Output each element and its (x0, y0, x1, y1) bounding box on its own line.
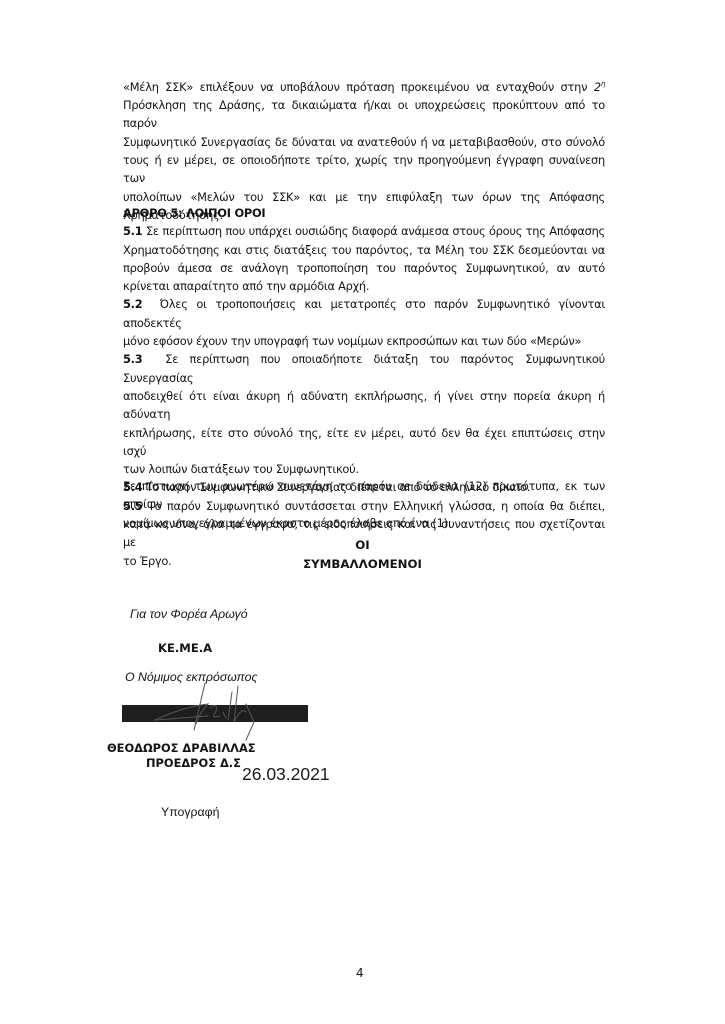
clause-5-3: 5.3 Σε περίπτωση που οποιαδήποτε διάταξη… (123, 350, 605, 387)
signature-icon (150, 678, 270, 748)
closing-paragraph: Σε πίστωση των ανωτέρω συνετάγη το παρόν… (123, 477, 605, 532)
clause-number: 5.2 (123, 297, 142, 311)
signatory-position: ΠΡΟΕΔΡΟΣ Δ.Σ (146, 756, 241, 770)
text-line: Χρηματοδότησης και στις διατάξεις του πα… (123, 241, 605, 259)
page-number: 4 (356, 966, 364, 980)
text-line: εκπλήρωσης, είτε στο σύνολό της, είτε εν… (123, 424, 605, 461)
article-heading: ΑΡΘΡΟ 5: ΛΟΙΠΟΙ ΟΡΟΙ (123, 204, 605, 222)
clause-number: 5.1 (123, 224, 142, 238)
text-line: νομίμως υπογεγραμμένων έκαστο μέρος έλαβ… (123, 514, 605, 532)
text-line: των λοιπών διατάξεων του Συμφωνητικού. (123, 460, 605, 478)
ordinal: 2η (594, 80, 605, 94)
text-line: Σε πίστωση των ανωτέρω συνετάγη το παρόν… (123, 477, 605, 514)
document-page: «Μέλη ΣΣΚ» επιλέξουν να υποβάλουν πρότασ… (0, 0, 725, 1024)
text-line: αποδειχθεί ότι είναι άκυρη ή αδύνατη εκπ… (123, 387, 605, 424)
clause-5-1: 5.1 Σε περίπτωση που υπάρχει ουσιώδης δι… (123, 222, 605, 240)
text-line: Πρόσκληση της Δράσης, τα δικαιώματα ή/κα… (123, 96, 605, 133)
signatories-title-line1: ΟΙ (0, 536, 725, 554)
intro-paragraph: «Μέλη ΣΣΚ» επιλέξουν να υποβάλουν πρότασ… (123, 75, 605, 224)
clause-number: 5.3 (123, 352, 142, 366)
text-line: κρίνεται απαραίτητο από την αρμόδια Αρχή… (123, 277, 605, 295)
text-line: «Μέλη ΣΣΚ» επιλέξουν να υποβάλουν πρότασ… (123, 75, 605, 96)
signature-date: 26.03.2021 (242, 764, 330, 785)
organization: ΚΕ.ΜΕ.Α (158, 641, 212, 655)
text-line: μόνο εφόσον έχουν την υπογραφή των νομίμ… (123, 332, 605, 350)
signatory-name: ΘΕΟΔΩΡΟΣ ΔΡΑΒΙΛΛΑΣ (107, 741, 256, 755)
clause-5-2: 5.2 Όλες οι τροποποιήσεις και μετατροπές… (123, 295, 605, 332)
text-line: Συμφωνητικό Συνεργασίας δε δύναται να αν… (123, 133, 605, 151)
for-label: Για τον Φορέα Αρωγό (130, 607, 248, 621)
text-line: προβούν άμεσα σε ανάλογη τροποποίηση του… (123, 259, 605, 277)
signature-label: Υπογραφή (161, 805, 219, 819)
signatories-title-line2: ΣΥΜΒΑΛΛΟΜΕΝΟΙ (0, 555, 725, 573)
text-line: τους ή εν μέρει, σε οποιοδήποτε τρίτο, χ… (123, 151, 605, 188)
